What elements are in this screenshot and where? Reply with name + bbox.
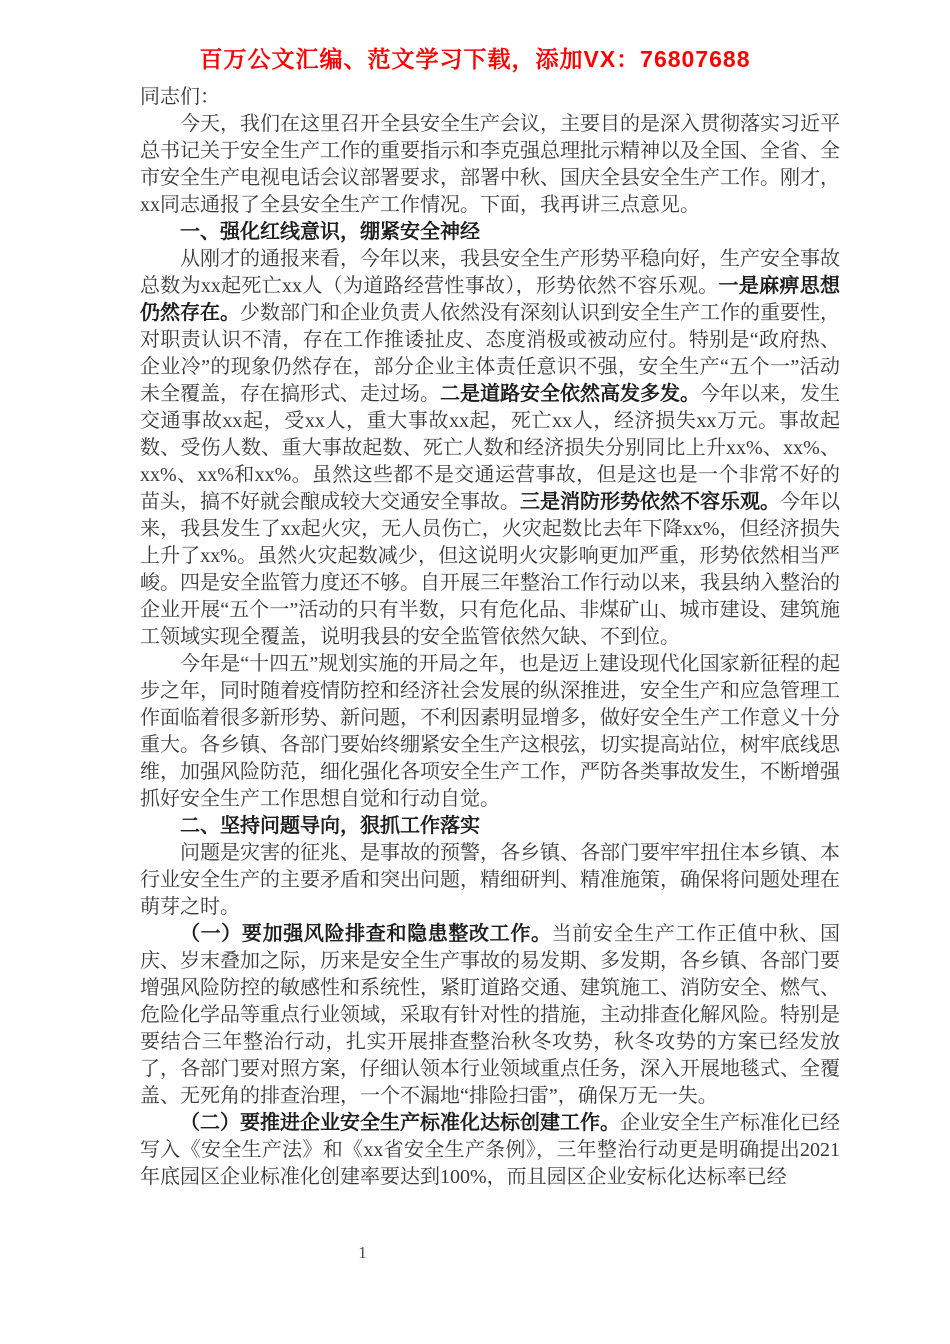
text-run: 今年是“十四五”规划实施的开局之年，也是迈上建设现代化国家新征程的起步之年，同时… bbox=[140, 653, 840, 810]
document-page: 百万公文汇编、范文学习下载，添加VX：76807688 同志们：今天，我们在这里… bbox=[0, 0, 950, 1344]
text-run: 今年以来，我县发生了xx起火灾，无人员伤亡，火灾起数比去年下降xx%，但经济损失… bbox=[140, 491, 840, 648]
text-run: 三是消防形势依然不容乐观。 bbox=[520, 491, 780, 513]
paragraph: 今年是“十四五”规划实施的开局之年，也是迈上建设现代化国家新征程的起步之年，同时… bbox=[140, 651, 840, 813]
text-run: 二、坚持问题导向，狠抓工作落实 bbox=[180, 815, 480, 837]
text-run: 同志们： bbox=[140, 86, 220, 108]
text-run: 二是道路安全依然高发多发。 bbox=[440, 383, 700, 405]
section-heading: 一、强化红线意识，绷紧安全神经 bbox=[140, 219, 840, 246]
section-heading: 二、坚持问题导向，狠抓工作落实 bbox=[140, 813, 840, 840]
document-body: 同志们：今天，我们在这里召开全县安全生产会议，主要目的是深入贯彻落实习近平总书记… bbox=[140, 84, 840, 1191]
text-run: 问题是灾害的征兆、是事故的预警，各乡镇、各部门要牢牢扭住本乡镇、本行业安全生产的… bbox=[140, 842, 840, 918]
text-run: （一）要加强风险排查和隐患整改工作。 bbox=[180, 923, 552, 945]
text-run: 当前安全生产工作正值中秋、国庆、岁末叠加之际，历来是安全生产事故的易发期、多发期… bbox=[140, 923, 840, 1107]
text-run: 一、强化红线意识，绷紧安全神经 bbox=[180, 221, 480, 243]
paragraph: 今天，我们在这里召开全县安全生产会议，主要目的是深入贯彻落实习近平总书记关于安全… bbox=[140, 111, 840, 219]
paragraph: 问题是灾害的征兆、是事故的预警，各乡镇、各部门要牢牢扭住本乡镇、本行业安全生产的… bbox=[140, 840, 840, 921]
paragraph: （二）要推进企业安全生产标准化达标创建工作。企业安全生产标准化已经写入《安全生产… bbox=[140, 1110, 840, 1191]
paragraph: （一）要加强风险排查和隐患整改工作。当前安全生产工作正值中秋、国庆、岁末叠加之际… bbox=[140, 921, 840, 1110]
promo-header-text: 百万公文汇编、范文学习下载，添加VX：76807688 bbox=[125, 41, 825, 74]
paragraph: 从刚才的通报来看，今年以来，我县安全生产形势平稳向好，生产安全事故总数为xx起死… bbox=[140, 246, 840, 651]
paragraph: 同志们： bbox=[140, 84, 840, 111]
text-run: 今天，我们在这里召开全县安全生产会议，主要目的是深入贯彻落实习近平总书记关于安全… bbox=[140, 113, 840, 216]
page-number: 1 bbox=[140, 1243, 585, 1263]
text-run: （二）要推进企业安全生产标准化达标创建工作。 bbox=[180, 1112, 620, 1134]
